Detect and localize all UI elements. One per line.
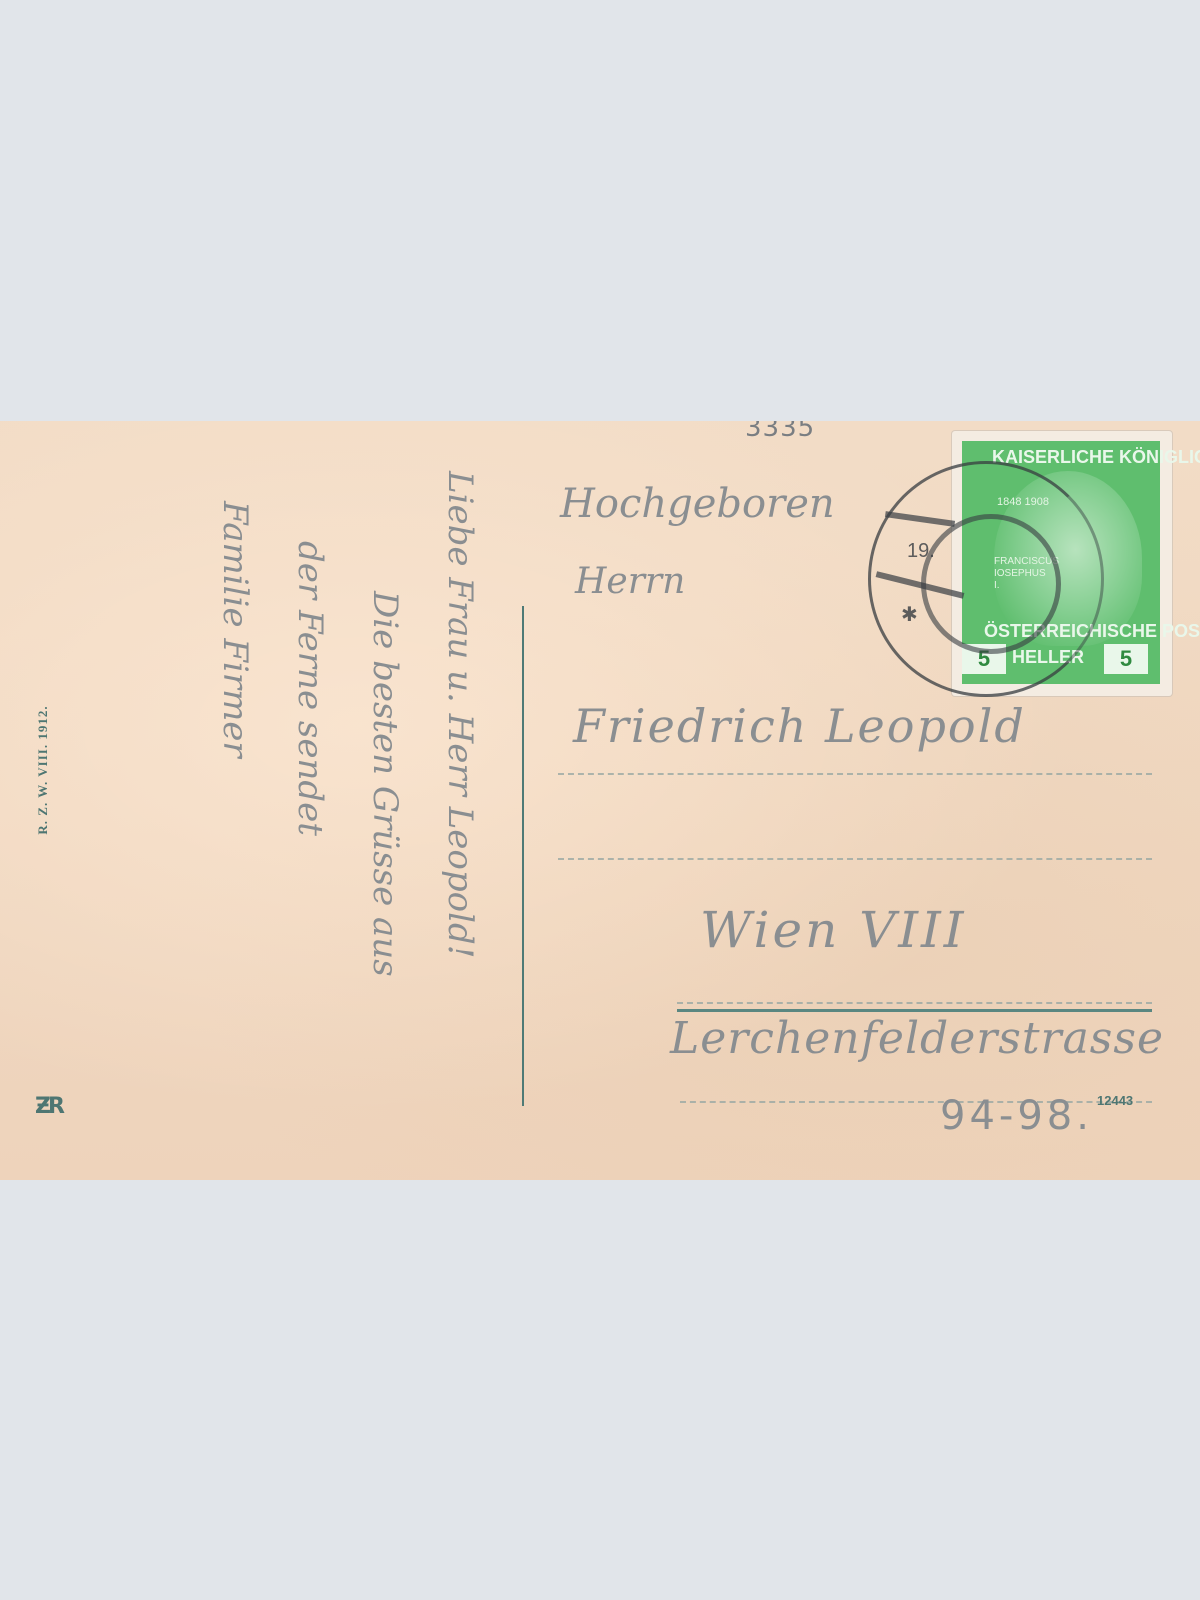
postcard-back: 3335 R. Z. W. VIII. 1912. ƵR Liebe Frau … xyxy=(0,421,1200,1180)
address-line xyxy=(558,858,1152,860)
print-number: 12443 xyxy=(1097,1093,1133,1108)
address-title: Herrn xyxy=(575,561,685,602)
address-line xyxy=(677,1002,1152,1004)
message-line: der Ferne sendet xyxy=(290,541,330,836)
vertical-divider xyxy=(522,606,524,1106)
address-house-number: 94-98. xyxy=(940,1093,1093,1139)
stamp-value-right: 5 xyxy=(1104,644,1148,674)
message-line: Familie Firmer xyxy=(215,501,255,758)
address-line xyxy=(558,773,1152,775)
address-salutation: Hochgeboren xyxy=(560,481,835,527)
archive-number: 3335 xyxy=(745,421,815,443)
address-underline xyxy=(677,1009,1152,1012)
address-city: Wien VIII xyxy=(700,901,967,959)
stamp-text-top: KAISERLICHE KÖNIGLICHE xyxy=(992,447,1200,468)
message-line: Liebe Frau u. Herr Leopold! xyxy=(440,471,480,958)
message-line: Die besten Grüsse aus xyxy=(365,591,405,977)
postmark-star-icon: ✱ xyxy=(901,602,918,627)
postmark-bar xyxy=(885,511,955,527)
address-street: Lerchenfelderstrasse xyxy=(670,1013,1164,1064)
postmark-date: 19. xyxy=(907,540,935,563)
publisher-logo-icon: ƵR xyxy=(35,1094,62,1119)
address-name: Friedrich Leopold xyxy=(573,699,1026,753)
publisher-imprint: R. Z. W. VIII. 1912. xyxy=(35,705,51,834)
postmark-cancellation: 19. ✱ xyxy=(868,461,1104,697)
postmark-inner-ring xyxy=(921,514,1061,654)
